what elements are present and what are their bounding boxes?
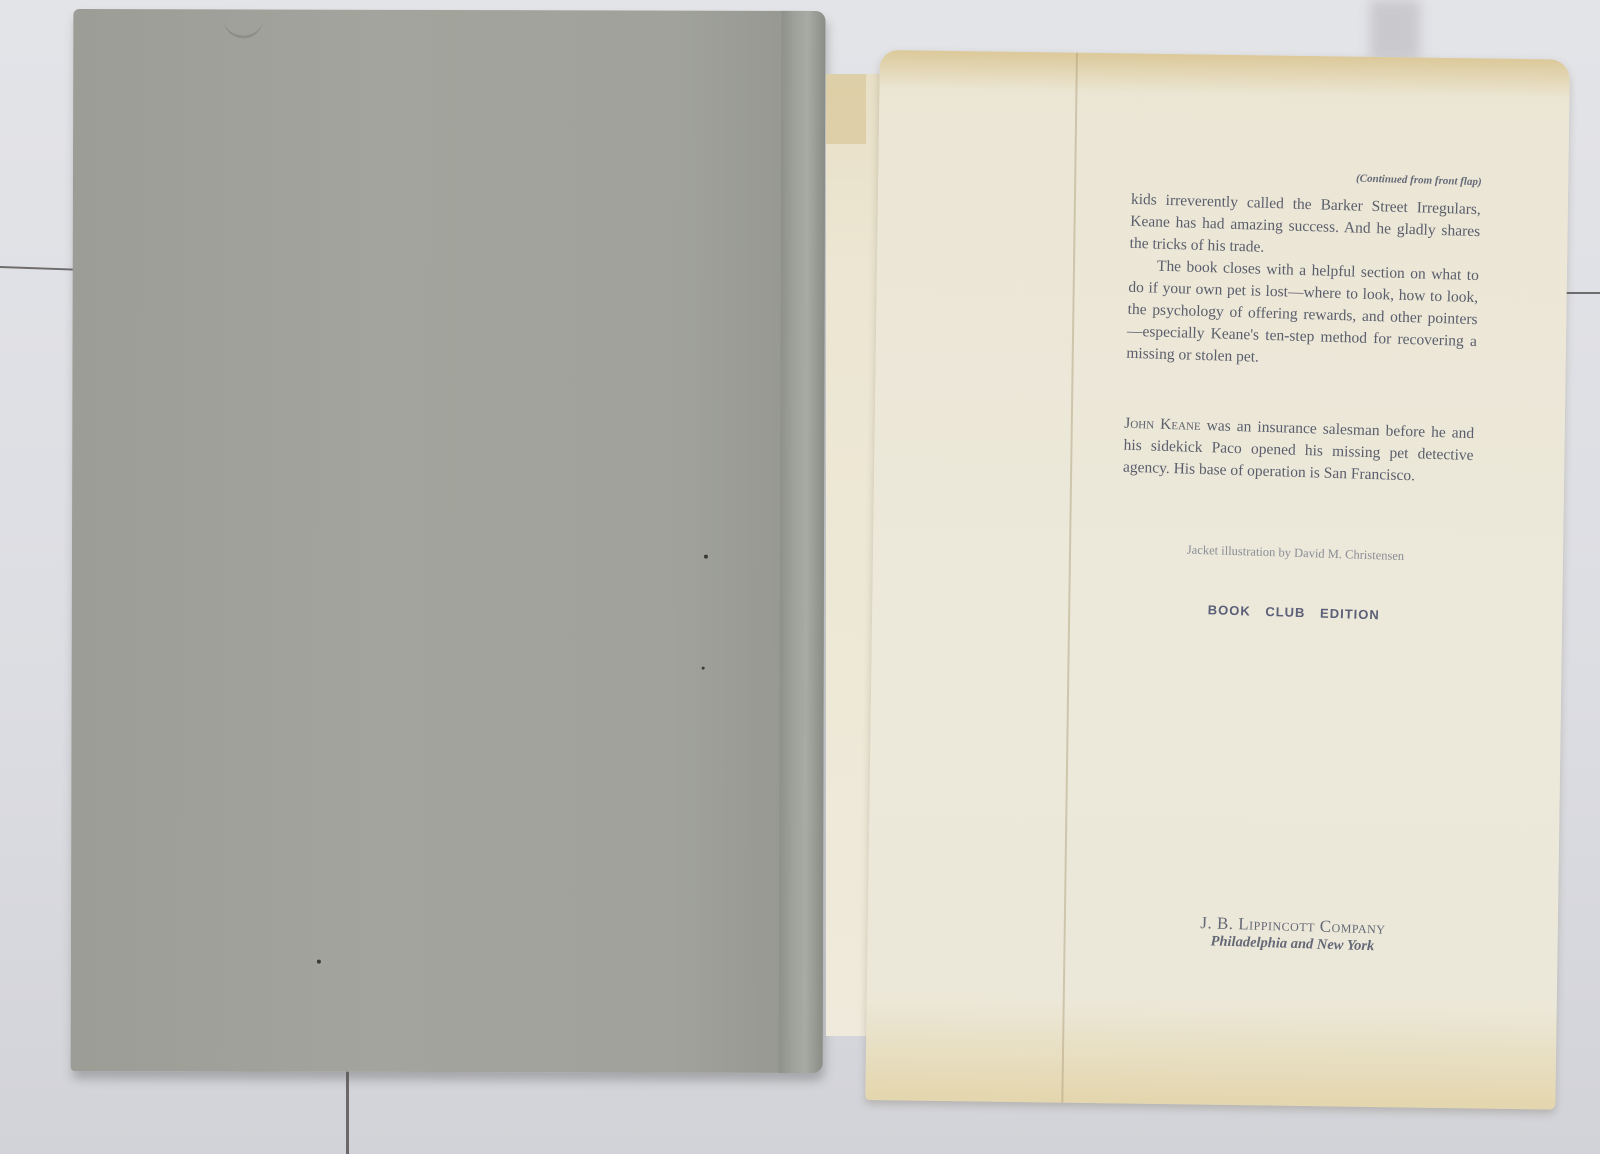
continued-note: (Continued from front flap) xyxy=(1131,161,1481,193)
cover-dent xyxy=(223,17,263,38)
jacket-top-edge xyxy=(879,50,1569,100)
flap-fold-line xyxy=(1061,53,1078,1103)
dust-jacket-stain xyxy=(826,74,866,144)
illustration-credit: Jacket illustration by David M. Christen… xyxy=(1120,537,1470,569)
speck xyxy=(702,667,705,670)
speck xyxy=(317,960,321,964)
flap-paragraph-2: The book closes with a helpful section o… xyxy=(1126,255,1479,375)
tile-seam xyxy=(346,1064,349,1154)
dust-jacket-back-flap: (Continued from front flap) kids irrever… xyxy=(865,50,1570,1110)
book-club-edition-label: BOOK CLUB EDITION xyxy=(1119,597,1469,629)
shadow xyxy=(1370,0,1420,60)
book-spine-edge xyxy=(779,11,826,1073)
speck xyxy=(704,555,708,559)
flap-paragraph-1: kids irreverently called the Barker Stre… xyxy=(1129,189,1481,265)
flap-text-block: (Continued from front flap) kids irrever… xyxy=(1119,161,1482,629)
publisher-block: J. B. Lippincott Company Philadelphia an… xyxy=(1117,911,1468,958)
hardcover-book-back xyxy=(71,9,826,1073)
author-name: John Keane xyxy=(1124,415,1201,434)
author-bio: John Keane was an insurance salesman bef… xyxy=(1123,413,1475,489)
